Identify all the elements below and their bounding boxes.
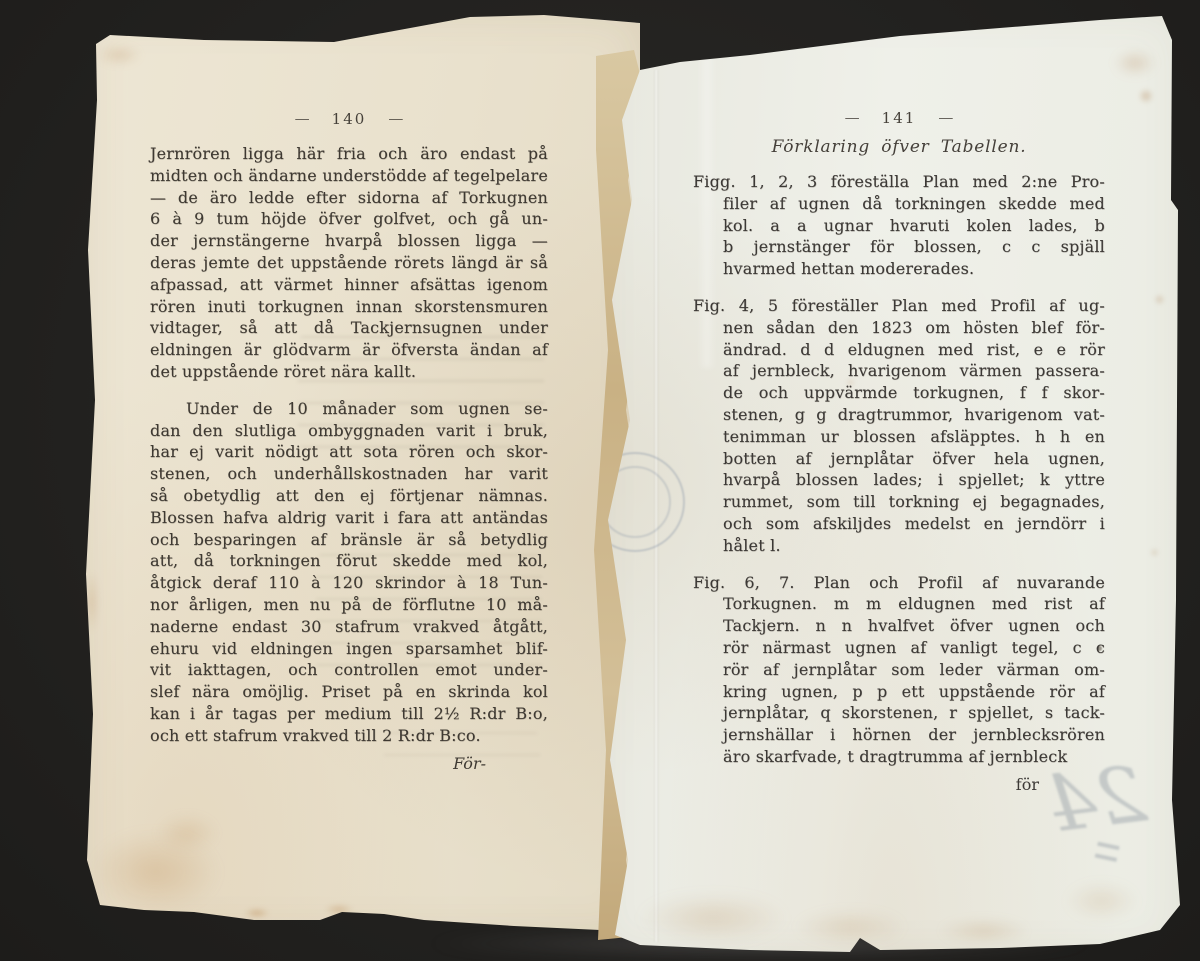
right-page-number: 141 <box>882 108 917 128</box>
text-line: hvarpå blossen lades; i spjellet; k yttr… <box>723 469 1105 491</box>
right-page-text: — 141 — Förklaring öfver Tabellen. Figg.… <box>693 108 1105 794</box>
text-line: deras jemte det uppstående rörets längd … <box>150 252 548 274</box>
text-line: botten af jernplåtar öfver hela ugnen, <box>723 448 1105 470</box>
text-line: b jernstänger för blossen, c c spjäll <box>723 236 1105 258</box>
foxing-stain <box>938 918 1030 944</box>
catchword: För- <box>150 754 548 773</box>
text-line: jernplåtar, q skorstenen, r spjellet, s … <box>723 702 1105 724</box>
text-line: kan i år tagas per medium till 2½ R:dr B… <box>150 703 548 725</box>
text-line: stenen, och underhållskostnaden har vari… <box>150 463 548 485</box>
text-line: Fig. 6, 7. Plan och Profil af nuvarande <box>693 572 1105 594</box>
text-line: slef nära omöjlig. Priset på en skrinda … <box>150 681 548 703</box>
text-line: Fig. 4, 5 föreställer Plan med Profil af… <box>693 295 1105 317</box>
text-line: hålet l. <box>723 535 1105 557</box>
foxing-stain <box>324 903 354 916</box>
text-line: nor årligen, men nu på de förflutne 10 m… <box>150 594 548 616</box>
text-line: och besparingen af bränsle är så betydli… <box>150 529 548 551</box>
header-dash: — <box>845 110 860 126</box>
left-page-header: — 140 — <box>150 109 548 129</box>
book-page-right: — 141 — Förklaring öfver Tabellen. Figg.… <box>598 12 1182 956</box>
text-line: rör närmast ugnen af vanligt tegel, c c <box>723 637 1105 659</box>
foxing-stain <box>1114 50 1156 76</box>
text-line: naderne endast 30 stafrum vrakved åtgått… <box>150 616 548 638</box>
paragraph: Figg. 1, 2, 3 föreställa Plan med 2:ne P… <box>693 171 1105 280</box>
text-line: jernshällar i hörnen der jernblecksrören <box>723 724 1105 746</box>
foxing-stain <box>156 814 218 852</box>
text-line: filer af ugnen då torkningen skedde med <box>723 193 1105 215</box>
foxing-stain <box>84 570 100 634</box>
paragraph: Fig. 4, 5 föreställer Plan med Profil af… <box>693 295 1105 557</box>
text-line: ändrad. d d eldugnen med rist, e e rör <box>723 339 1105 361</box>
text-line: kring ugnen, p p ett uppstående rör af <box>723 681 1105 703</box>
text-line: det uppstående röret nära kallt. <box>150 361 548 383</box>
foxing-stain <box>1138 88 1154 104</box>
text-line: hvarmed hettan modererades. <box>723 258 1105 280</box>
text-line: kol. a a ugnar hvaruti kolen lades, b <box>723 215 1105 237</box>
text-line: har ej varit nödigt att sota rören och s… <box>150 441 548 463</box>
text-line: och ett stafrum vrakved till 2 R:dr B:co… <box>150 725 548 747</box>
text-line: af jernbleck, hvarigenom värmen passera- <box>723 360 1105 382</box>
text-line: åtgick deraf 110 à 120 skrindor à 18 Tun… <box>150 572 548 594</box>
text-line: Torkugnen. m m eldugnen med rist af <box>723 593 1105 615</box>
text-line: ehuru vid eldningen ingen sparsamhet bli… <box>150 638 548 660</box>
foxing-stain <box>1066 882 1138 920</box>
text-line: Under de 10 månader som ugnen se- <box>150 398 548 420</box>
section-title: Förklaring öfver Tabellen. <box>693 137 1105 157</box>
paragraph: Under de 10 månader som ugnen se-dan den… <box>150 398 548 747</box>
header-dash: — <box>938 110 953 126</box>
text-line: eldningen är glödvarm är öfversta ändan … <box>150 339 548 361</box>
text-line: afpassad, att värmet hinner afsättas ige… <box>150 274 548 296</box>
text-line: 6 à 9 tum höjde öfver golfvet, och gå un… <box>150 208 548 230</box>
text-line: att, då torkningen förut skedde med kol, <box>150 550 548 572</box>
text-line: — de äro ledde efter sidorna af Torkugne… <box>150 187 548 209</box>
text-line: vidtager, så att då Tackjernsugnen under <box>150 317 548 339</box>
text-line: Tackjern. n n hvalfvet öfver ugnen och <box>723 615 1105 637</box>
right-page-header: — 141 — <box>693 108 1105 128</box>
text-line: Blossen hafva aldrig varit i fara att an… <box>150 507 548 529</box>
left-page-number: 140 <box>332 109 367 129</box>
paragraph: Fig. 6, 7. Plan och Profil af nuvarandeT… <box>693 572 1105 768</box>
book-scan-scene: — 140 — Jernrören ligga här fria och äro… <box>0 0 1200 961</box>
foxing-stain <box>1154 294 1165 305</box>
foxing-stain <box>638 894 788 942</box>
text-line: midten och ändarne understödde af tegelp… <box>150 165 548 187</box>
header-dash: — <box>295 111 310 127</box>
text-line: så obetydlig att den ej förtjenar nämnas… <box>150 485 548 507</box>
text-line: de och uppvärmde torkugnen, f f skor- <box>723 382 1105 404</box>
left-page-text: — 140 — Jernrören ligga här fria och äro… <box>150 109 548 773</box>
foxing-stain <box>794 910 906 944</box>
text-line: Figg. 1, 2, 3 föreställa Plan med 2:ne P… <box>693 171 1105 193</box>
foxing-stain <box>1150 548 1159 557</box>
header-dash: — <box>388 111 403 127</box>
text-line: der jernstängerne hvarpå blossen ligga — <box>150 230 548 252</box>
text-line: rummet, som till torkning ej begagnades, <box>723 491 1105 513</box>
foxing-stain <box>96 44 142 66</box>
text-line: tenimman ur blossen afsläpptes. h h en <box>723 426 1105 448</box>
text-line: rören inuti torkugnen innan skorstensmur… <box>150 296 548 318</box>
paragraph: Jernrören ligga här fria och äro endast … <box>150 143 548 383</box>
book-page-left: — 140 — Jernrören ligga här fria och äro… <box>84 14 640 936</box>
foxing-stain <box>244 907 270 919</box>
text-line: nen sådan den 1823 om hösten blef för- <box>723 317 1105 339</box>
text-line: dan den slutliga ombyggnaden varit i bru… <box>150 420 548 442</box>
text-line: vit iakttagen, och controllen emot under… <box>150 659 548 681</box>
text-line: stenen, g g dragtrummor, hvarigenom vat- <box>723 404 1105 426</box>
text-line: rör af jernplåtar som leder värman om- <box>723 659 1105 681</box>
text-line: och som afskiljdes medelst en jerndörr i <box>723 513 1105 535</box>
text-line: Jernrören ligga här fria och äro endast … <box>150 143 548 165</box>
